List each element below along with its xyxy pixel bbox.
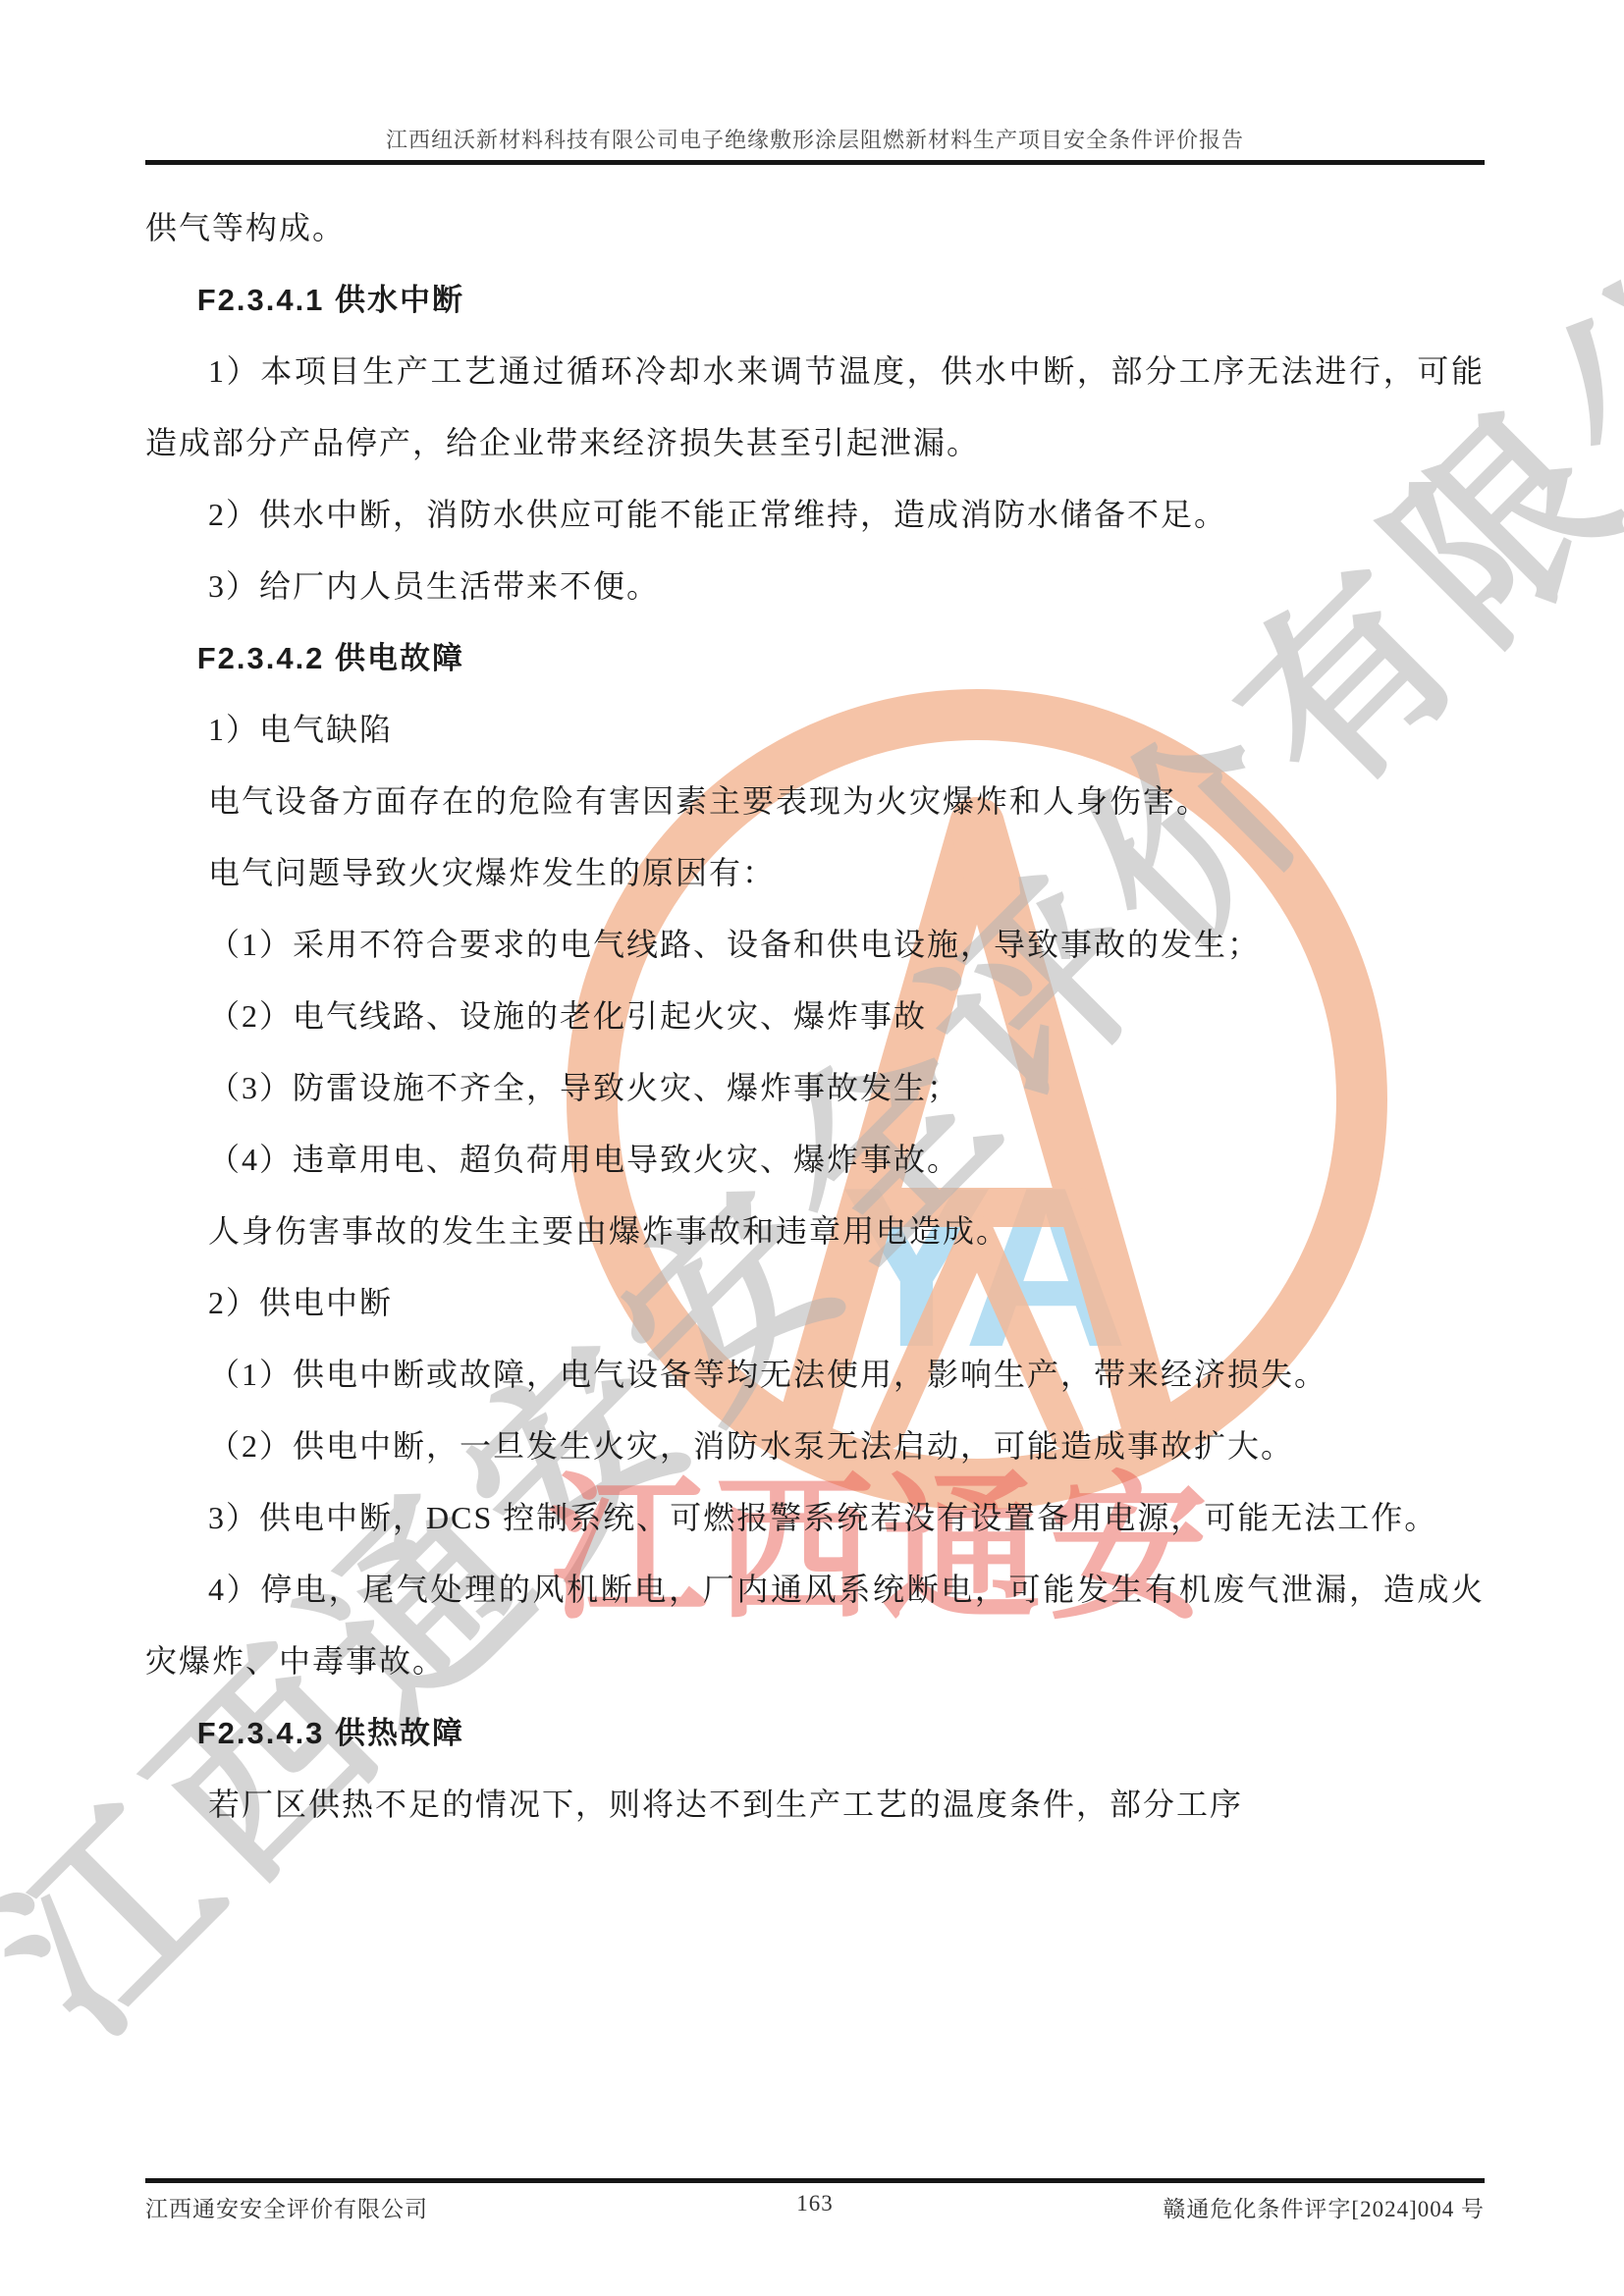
section-heading: F2.3.4.2 供电故障 xyxy=(145,622,1485,694)
document-page: YA 江西通安安全评价有限公司 江西通安 江西纽沃新材料科技有限公司电子绝缘敷形… xyxy=(0,0,1624,2296)
paragraph: 3）供电中断，DCS 控制系统、可燃报警系统若没有设置备用电源，可能无法工作。 xyxy=(145,1482,1485,1554)
paragraph: 1）本项目生产工艺通过循环冷却水来调节温度，供水中断，部分工序无法进行，可能造成… xyxy=(145,336,1485,479)
paragraph: （2）电气线路、设施的老化引起火灾、爆炸事故 xyxy=(145,981,1485,1052)
paragraph: 供气等构成。 xyxy=(145,192,1485,264)
footer-divider xyxy=(145,2178,1485,2183)
paragraph: 人身伤害事故的发生主要由爆炸事故和违章用电造成。 xyxy=(145,1196,1485,1267)
paragraph: （1）采用不符合要求的电气线路、设备和供电设施，导致事故的发生； xyxy=(145,909,1485,981)
document-body: 供气等构成。 F2.3.4.1 供水中断 1）本项目生产工艺通过循环冷却水来调节… xyxy=(145,192,1485,1841)
paragraph: （3）防雷设施不齐全，导致火灾、爆炸事故发生； xyxy=(145,1052,1485,1124)
paragraph: 2）供水中断，消防水供应可能不能正常维持，造成消防水储备不足。 xyxy=(145,479,1485,551)
section-heading: F2.3.4.1 供水中断 xyxy=(145,264,1485,336)
page-header-title: 江西纽沃新材料科技有限公司电子绝缘敷形涂层阻燃新材料生产项目安全条件评价报告 xyxy=(145,124,1485,154)
footer-doc-number: 赣通危化条件评字[2024]004 号 xyxy=(1163,2191,1485,2223)
paragraph: （4）违章用电、超负荷用电导致火灾、爆炸事故。 xyxy=(145,1124,1485,1196)
paragraph: （2）供电中断，一旦发生火灾，消防水泵无法启动，可能造成事故扩大。 xyxy=(145,1411,1485,1482)
paragraph: （1）供电中断或故障，电气设备等均无法使用，影响生产，带来经济损失。 xyxy=(145,1339,1485,1411)
paragraph: 若厂区供热不足的情况下，则将达不到生产工艺的温度条件，部分工序 xyxy=(145,1769,1485,1841)
footer-company-name: 江西通安安全评价有限公司 xyxy=(145,2191,428,2223)
section-heading: F2.3.4.3 供热故障 xyxy=(145,1697,1485,1769)
paragraph: 2）供电中断 xyxy=(145,1267,1485,1339)
paragraph: 3）给厂内人员生活带来不便。 xyxy=(145,551,1485,622)
paragraph: 4）停电，尾气处理的风机断电，厂内通风系统断电，可能发生有机废气泄漏，造成火灾爆… xyxy=(145,1554,1485,1697)
paragraph: 电气设备方面存在的危险有害因素主要表现为火灾爆炸和人身伤害。 xyxy=(145,766,1485,837)
page-footer: 163 江西通安安全评价有限公司 赣通危化条件评字[2024]004 号 xyxy=(145,2191,1485,2223)
paragraph: 1）电气缺陷 xyxy=(145,694,1485,766)
paragraph: 电气问题导致火灾爆炸发生的原因有： xyxy=(145,837,1485,909)
header-divider xyxy=(145,160,1485,165)
